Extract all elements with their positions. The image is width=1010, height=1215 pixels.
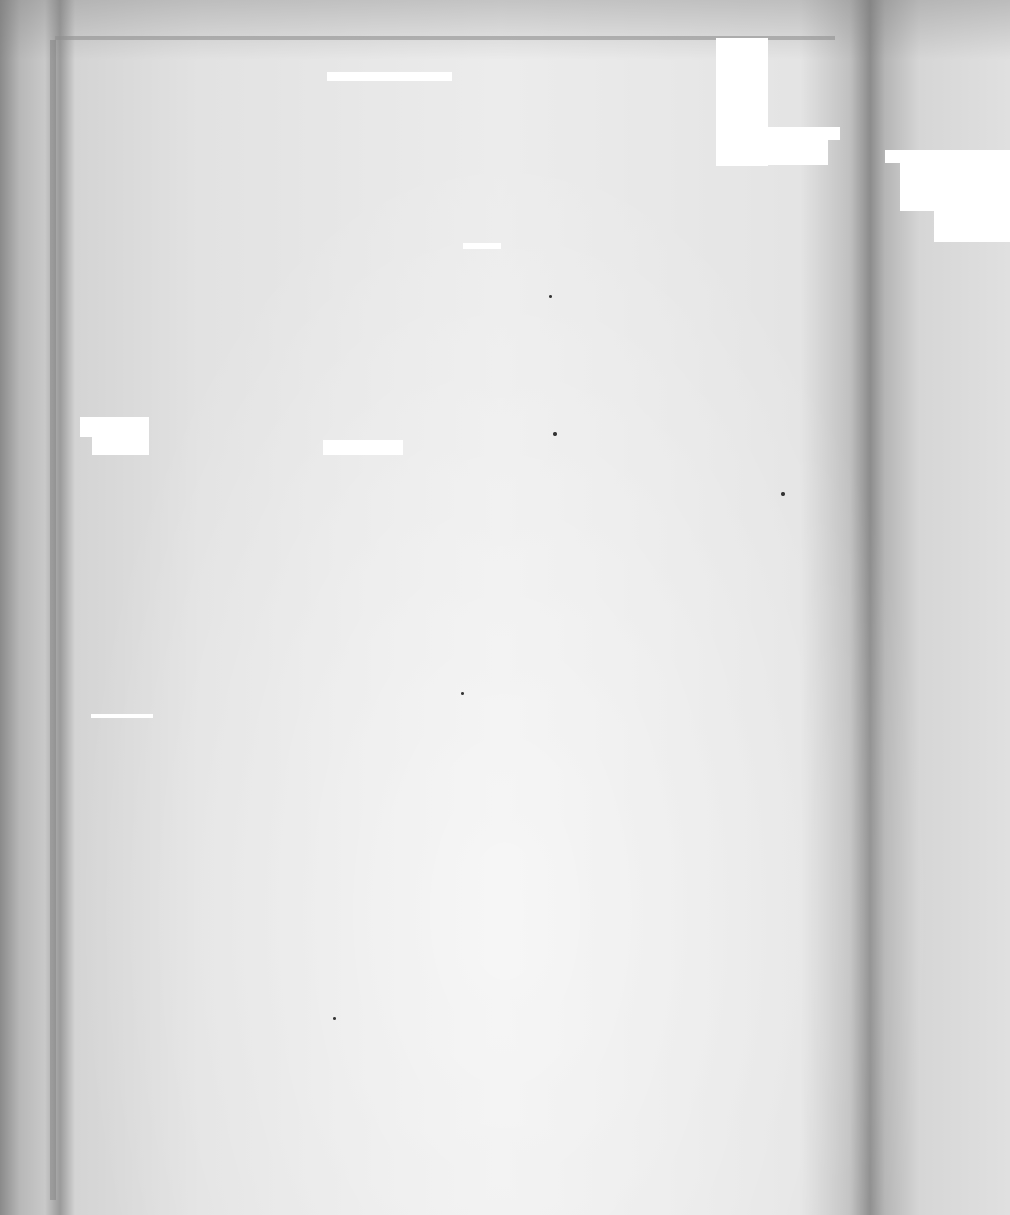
dust-speck [549,295,552,298]
dust-speck [461,692,464,695]
dust-speck [781,492,785,496]
redaction-box [934,211,1010,242]
scanned-page [0,0,1010,1215]
redaction-box [716,127,840,140]
redaction-box [900,163,1010,211]
redaction-box [716,140,828,165]
dust-speck [553,432,557,436]
redaction-box [885,150,1010,163]
redaction-box [463,243,501,249]
dust-speck [333,1017,336,1020]
redaction-box [327,72,452,81]
page-binding-edge [50,40,56,1200]
redaction-box [91,714,153,718]
redaction-box [323,440,403,455]
redaction-box [92,437,149,455]
redaction-box [80,417,149,437]
